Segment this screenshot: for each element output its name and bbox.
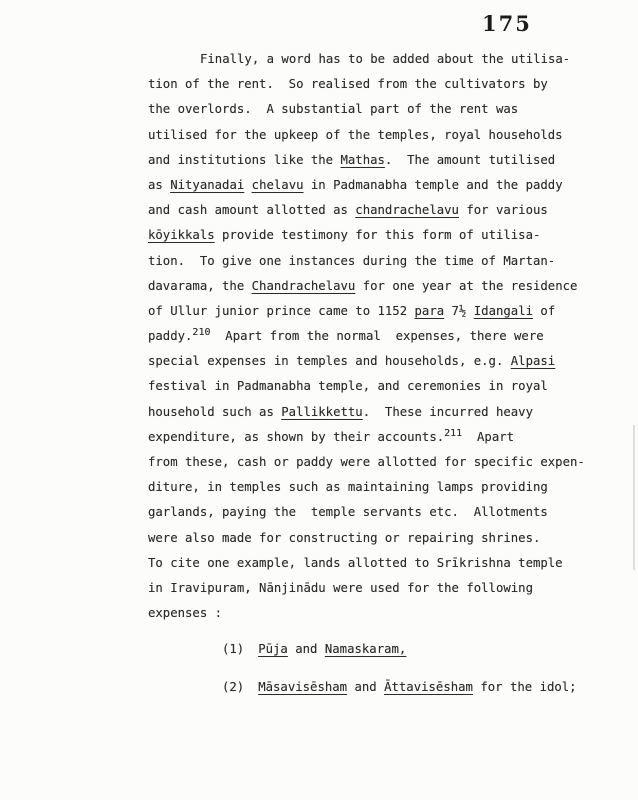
text-segment: provide testimony for this form of utili… xyxy=(215,228,541,242)
text-segment: expenditure, as shown by their accounts. xyxy=(148,430,444,444)
text-line: diture, in temples such as maintaining l… xyxy=(148,475,598,500)
text-line: household such as Pallikkettu. These inc… xyxy=(148,400,598,425)
footnote-ref: 211 xyxy=(444,428,462,439)
text-line: as Nityanadai chelavu in Padmanabha temp… xyxy=(148,173,598,198)
paragraph: Finally, a word has to be added about th… xyxy=(148,47,598,626)
text-segment: in Iravipuram, Nānjinādu were used for t… xyxy=(148,581,533,595)
text-segment: expenses : xyxy=(148,606,222,620)
text-segment: in Padmanabha temple and the paddy xyxy=(304,178,563,192)
text-line: in Iravipuram, Nānjinādu were used for t… xyxy=(148,576,598,601)
underlined-term: chandrachelavu xyxy=(355,203,459,217)
underlined-term: Namaskaram, xyxy=(325,642,406,656)
text-segment: garlands, paying the temple servants etc… xyxy=(148,505,548,519)
text-segment: and xyxy=(347,680,384,694)
text-segment: To cite one example, lands allotted to S… xyxy=(148,556,563,570)
text-line: and cash amount allotted as chandrachela… xyxy=(148,198,598,223)
text-segment: 7½ xyxy=(444,304,474,318)
text-segment: davarama, the xyxy=(148,279,252,293)
underlined-term: Māsavisēsham xyxy=(258,680,347,694)
text-segment: as xyxy=(148,178,170,192)
text-segment xyxy=(244,178,251,192)
text-line: utilised for the upkeep of the temples, … xyxy=(148,123,598,148)
underlined-term: Idangali xyxy=(474,304,533,318)
underlined-term: Pūja xyxy=(258,642,288,656)
text-segment: for various xyxy=(459,203,548,217)
list-item: (1)Pūja and Namaskaram, xyxy=(222,637,577,662)
underlined-term: Mathas xyxy=(341,153,385,167)
text-line: expenditure, as shown by their accounts.… xyxy=(148,425,598,450)
text-segment: . These incurred heavy xyxy=(363,405,533,419)
footnote-ref: 210 xyxy=(192,327,210,338)
text-segment: festival in Padmanabha temple, and cerem… xyxy=(148,379,548,393)
text-segment: diture, in temples such as maintaining l… xyxy=(148,480,548,494)
underlined-term: Āttavisēsham xyxy=(384,680,473,694)
text-segment: and cash amount allotted as xyxy=(148,203,355,217)
text-line: special expenses in temples and househol… xyxy=(148,349,598,374)
text-line: Finally, a word has to be added about th… xyxy=(148,47,598,72)
page-number: 175 xyxy=(482,11,532,36)
list-item-marker: (2) xyxy=(222,680,244,694)
text-line: garlands, paying the temple servants etc… xyxy=(148,500,598,525)
text-segment: Apart xyxy=(462,430,514,444)
text-line: were also made for constructing or repai… xyxy=(148,526,598,551)
expense-list: (1)Pūja and Namaskaram,(2)Māsavisēsham a… xyxy=(222,637,577,713)
text-line: expenses : xyxy=(148,601,598,626)
text-line: tion of the rent. So realised from the c… xyxy=(148,72,598,97)
text-line: davarama, the Chandrachelavu for one yea… xyxy=(148,274,598,299)
text-segment: were also made for constructing or repai… xyxy=(148,531,540,545)
text-segment: tion of the rent. So realised from the c… xyxy=(148,77,548,91)
text-segment: of Ullur junior prince came to 1152 xyxy=(148,304,415,318)
text-segment: for the idol; xyxy=(473,680,577,694)
text-segment: utilised for the upkeep of the temples, … xyxy=(148,128,563,142)
text-segment: the overlords. A substantial part of the… xyxy=(148,102,518,116)
text-segment: household such as xyxy=(148,405,281,419)
text-segment: of xyxy=(533,304,555,318)
underlined-term: Nityanadai xyxy=(170,178,244,192)
text-line: and institutions like the Mathas. The am… xyxy=(148,148,598,173)
text-line: of Ullur junior prince came to 1152 para… xyxy=(148,299,598,324)
text-line: kōyikkals provide testimony for this for… xyxy=(148,223,598,248)
text-segment: tion. To give one instances during the t… xyxy=(148,254,555,268)
underlined-term: chelavu xyxy=(252,178,304,192)
text-segment: from these, cash or paddy were allotted … xyxy=(148,455,585,469)
list-item: (2)Māsavisēsham and Āttavisēsham for the… xyxy=(222,675,577,700)
text-segment: Apart from the normal expenses, there we… xyxy=(210,329,543,343)
underlined-term: Alpasi xyxy=(511,354,555,368)
underlined-term: Pallikkettu xyxy=(281,405,362,419)
text-line: the overlords. A substantial part of the… xyxy=(148,97,598,122)
text-line: from these, cash or paddy were allotted … xyxy=(148,450,598,475)
underlined-term: Chandrachelavu xyxy=(252,279,356,293)
document-page: 175 Finally, a word has to be added abou… xyxy=(0,0,638,800)
text-segment: special expenses in temples and househol… xyxy=(148,354,511,368)
text-segment: Finally, a word has to be added about th… xyxy=(200,52,570,66)
text-line: To cite one example, lands allotted to S… xyxy=(148,551,598,576)
text-line: festival in Padmanabha temple, and cerem… xyxy=(148,374,598,399)
list-item-marker: (1) xyxy=(222,642,244,656)
underlined-term: kōyikkals xyxy=(148,228,215,242)
text-segment: for one year at the residence xyxy=(355,279,577,293)
text-line: paddy.210 Apart from the normal expenses… xyxy=(148,324,598,349)
text-line: tion. To give one instances during the t… xyxy=(148,249,598,274)
text-segment: . The amount tutilised xyxy=(385,153,555,167)
text-segment: and institutions like the xyxy=(148,153,341,167)
text-segment: paddy. xyxy=(148,329,192,343)
scan-artifact xyxy=(633,425,635,570)
text-segment: and xyxy=(288,642,325,656)
underlined-term: para xyxy=(415,304,445,318)
